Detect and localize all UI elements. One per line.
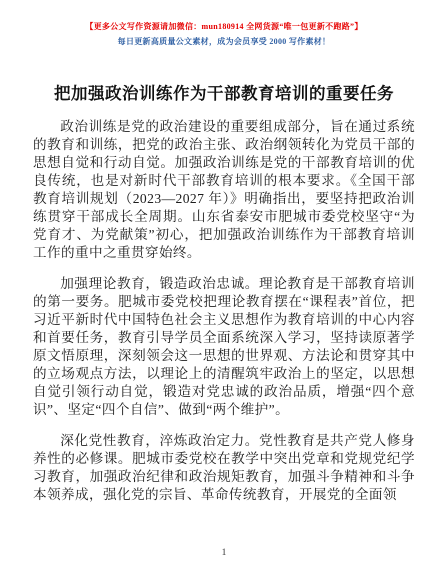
promo-header: 【更多公文写作资源请加微信：mun180914 全网货源“唯一包更新不跑路”】 … <box>33 20 415 50</box>
page-number: 1 <box>0 548 448 558</box>
body-paragraph: 政治训练是党的政治建设的重要组成部分，旨在通过系统的教育和训练，把党的政治主张、… <box>33 118 415 262</box>
document-title: 把加强政治训练作为干部教育培训的重要任务 <box>33 80 415 104</box>
body-paragraph: 深化党性教育，淬炼政治定力。党性教育是共产党人修身养性的必修课。肥城市委党校在教… <box>33 432 415 504</box>
body-paragraph: 加强理论教育，锻造政治忠诚。理论教育是干部教育培训的第一要务。肥城市委党校把理论… <box>33 275 415 419</box>
document-body: 政治训练是党的政治建设的重要组成部分，旨在通过系统的教育和训练，把党的政治主张、… <box>33 118 415 504</box>
promo-header-line2: 每日更新高质量公文素材，成为会员享受 2000 写作素材！ <box>33 35 415 50</box>
document-page: 【更多公文写作资源请加微信：mun180914 全网货源“唯一包更新不跑路”】 … <box>0 0 448 580</box>
promo-header-line1: 【更多公文写作资源请加微信：mun180914 全网货源“唯一包更新不跑路”】 <box>33 20 415 35</box>
page-content: 【更多公文写作资源请加微信：mun180914 全网货源“唯一包更新不跑路”】 … <box>0 0 448 504</box>
